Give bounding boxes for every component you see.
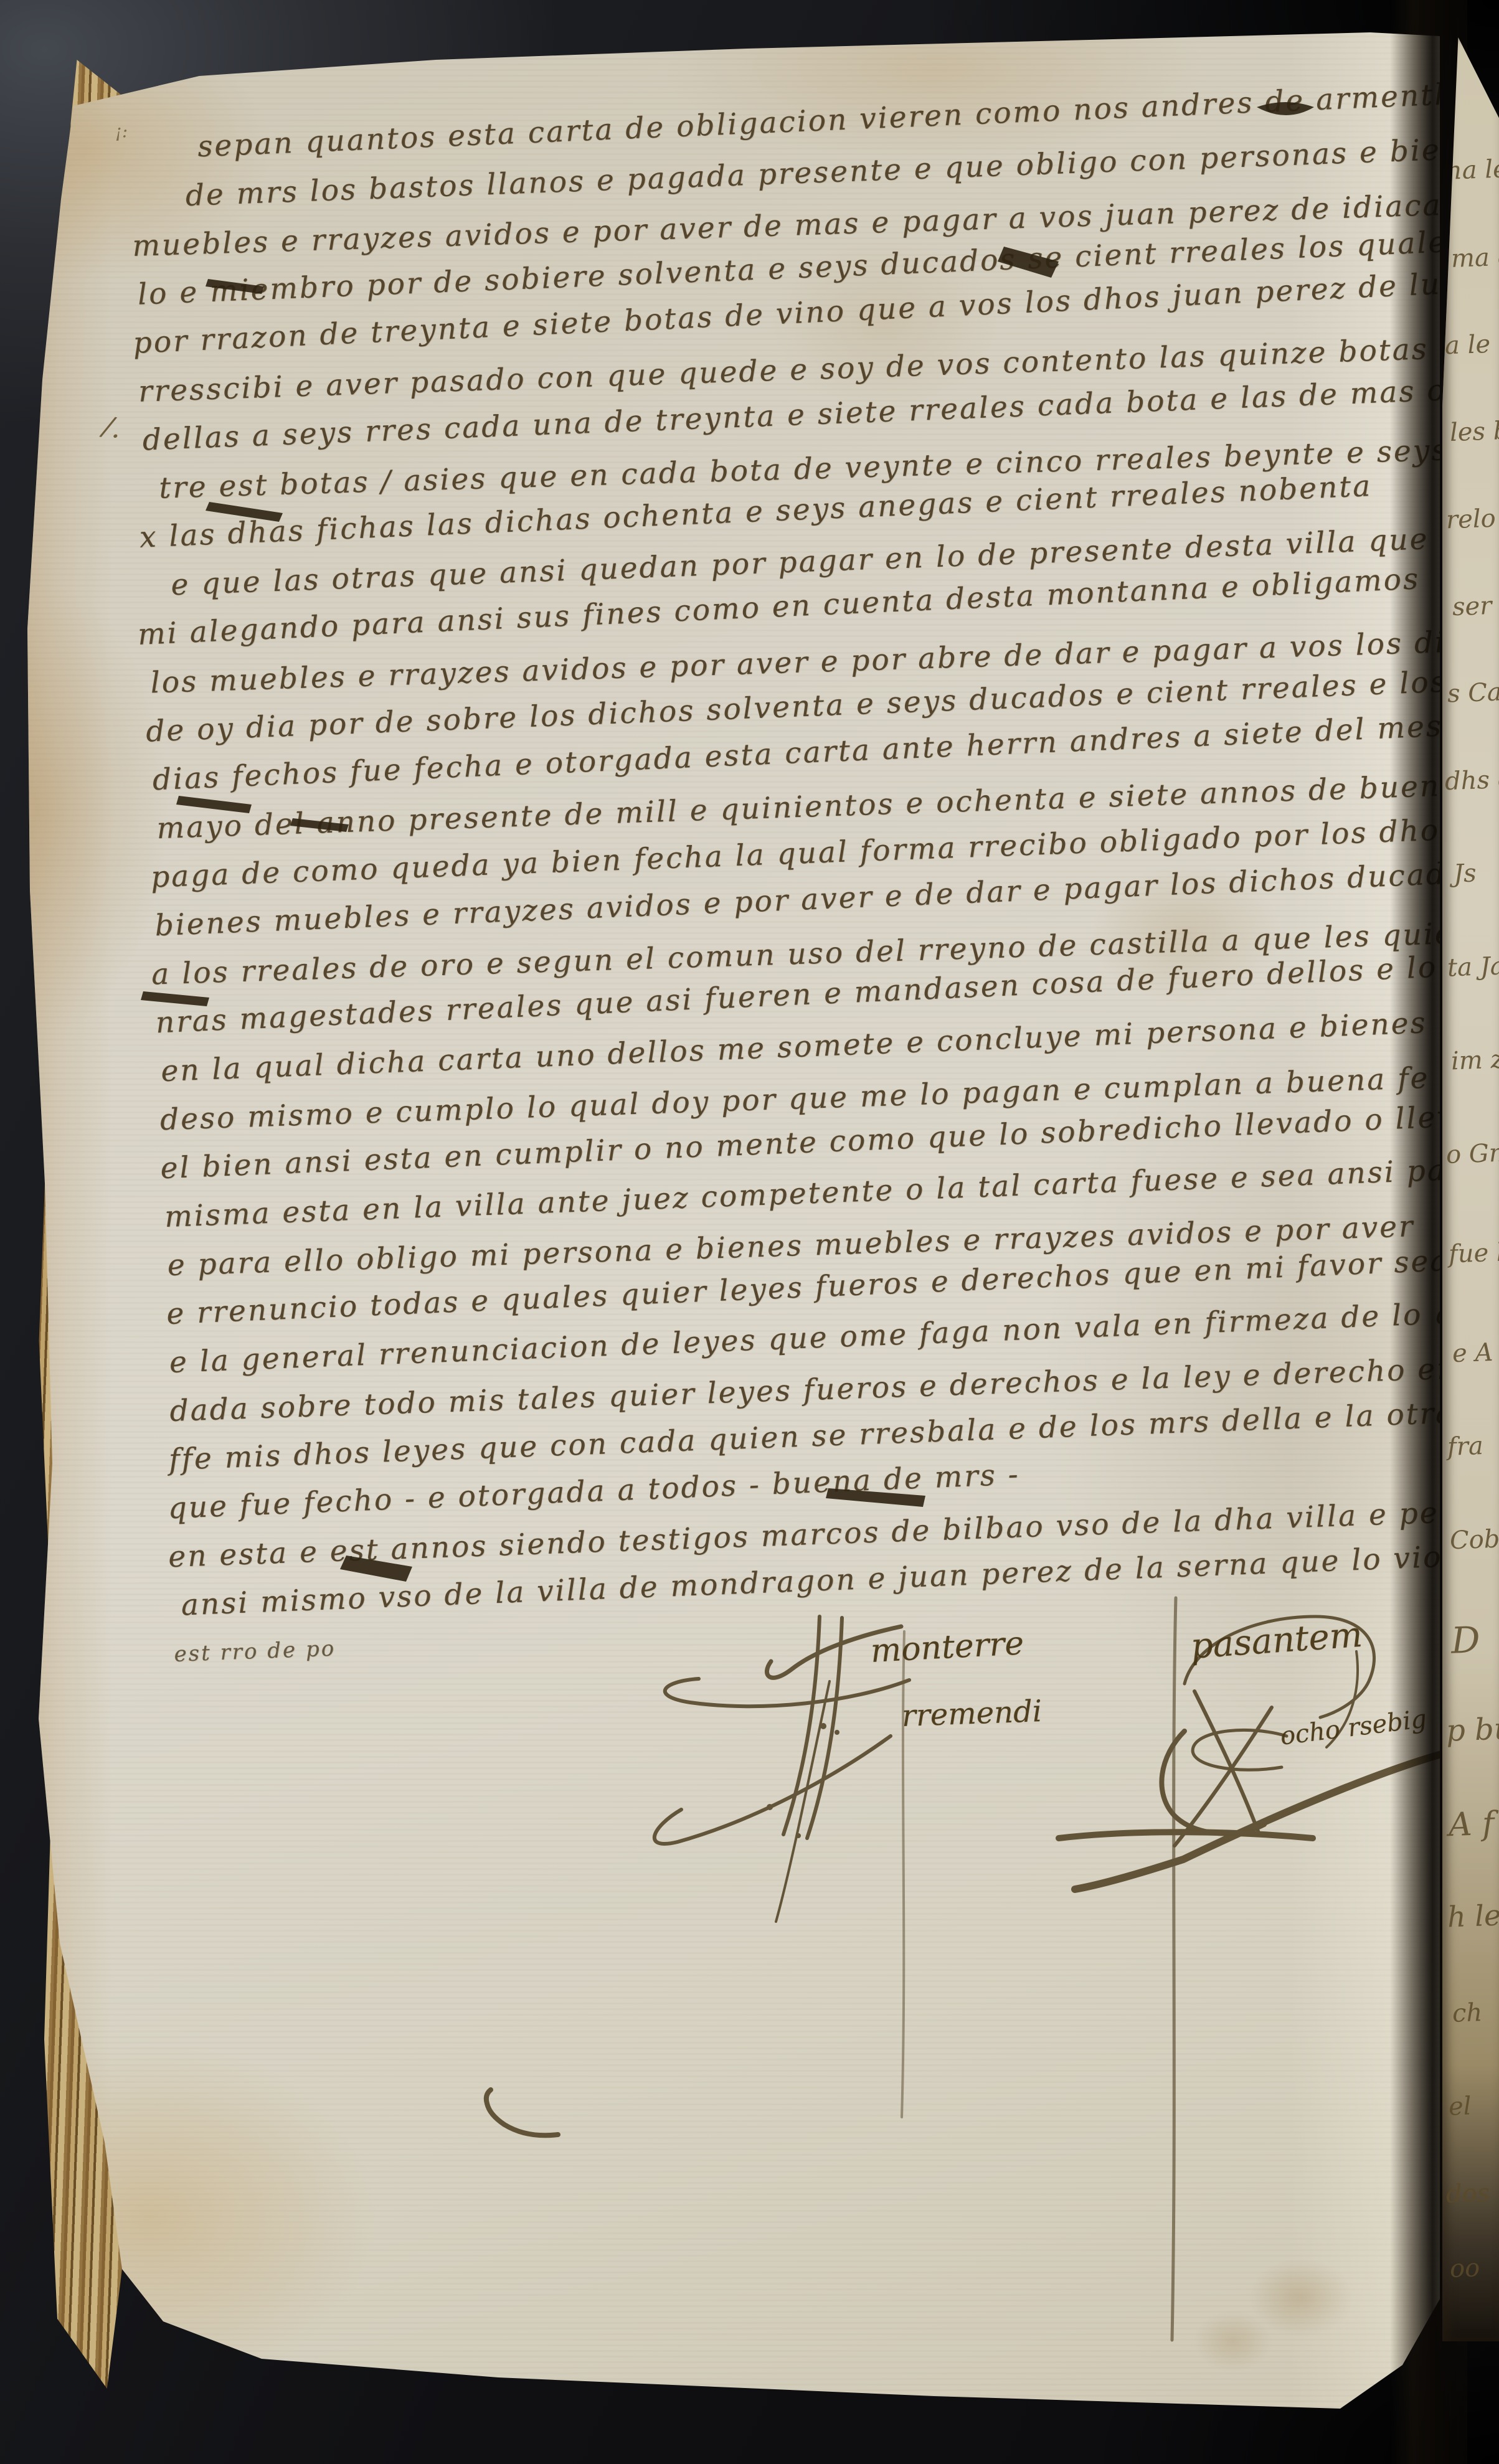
text-block: ¡: /. sepan quantos esta carta de obliga… [0,0,1499,2464]
adjacent-page-line: D [1450,1618,1481,1662]
adjacent-page-line: fue l [1448,1238,1499,1268]
adjacent-page-line: a le gh [1444,329,1499,361]
adjacent-page-line: p bu [1445,1711,1499,1749]
closing-line: est rro de po [174,1636,336,1667]
adjacent-page-line: oo [1449,2254,1480,2283]
adjacent-page-line: ser bo [1452,590,1499,621]
adjacent-page-line: ha le [1445,154,1499,185]
adjacent-page-line: les bs [1449,416,1499,447]
adjacent-page-line: ch [1452,1998,1483,2028]
adjacent-page-line: el [1448,2092,1472,2121]
photo-of-bound-manuscript: ¡: /. sepan quantos esta carta de obliga… [0,0,1499,2464]
signature-monterre-second-line: rremendi [901,1694,1043,1734]
adjacent-page-line: dhs os [1444,765,1499,796]
margin-slash-mark: /. [100,410,125,445]
adjacent-page-line: relo za [1445,503,1499,535]
manuscript-page: ¡: /. sepan quantos esta carta de obliga… [0,0,1499,2464]
adjacent-page-line: o Gm [1445,1138,1499,1169]
adjacent-page-line: ma e bu [1450,241,1499,273]
adjacent-page-line: e A [1452,1338,1493,1368]
adjacent-page-line: dos [1445,2179,1490,2209]
adjacent-page-line: A f [1448,1805,1495,1844]
margin-lead-mark: ¡: [115,121,128,142]
adjacent-page-line: fra [1447,1432,1483,1461]
adjacent-page-line: im z [1450,1046,1499,1076]
adjacent-page-line: h le [1447,1899,1499,1934]
adjacent-page-line: Cob [1449,1525,1499,1555]
adjacent-page: ha le ma e bu a le gh les bs relo za ser… [1442,37,1499,2341]
adjacent-page-line: ta Ja [1447,951,1499,982]
adjacent-page-line: Js [1453,859,1477,888]
adjacent-page-line: s Ca [1447,677,1499,708]
